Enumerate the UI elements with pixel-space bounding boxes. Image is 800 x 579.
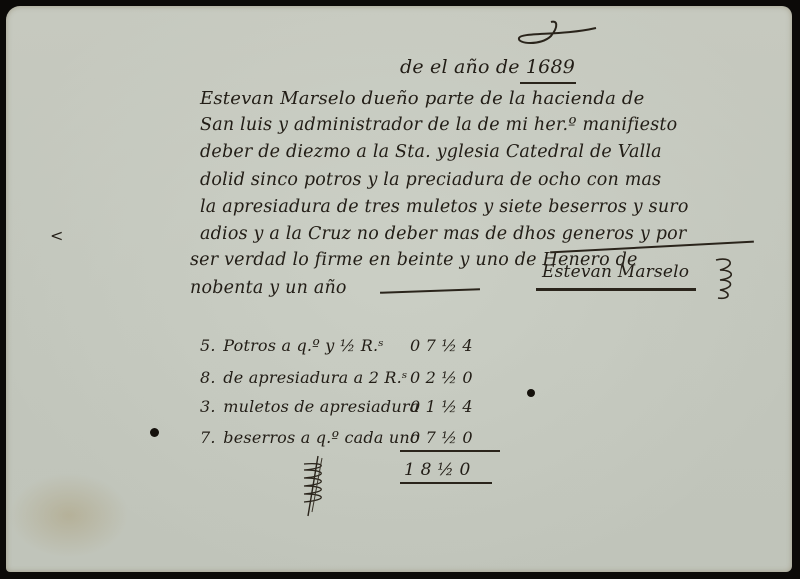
account-desc: Potros a q.º y ½ R.ˢ: [223, 336, 384, 355]
margin-mark: <: [50, 226, 64, 245]
body-line-5: la apresiadura de tres muletos y siete b…: [200, 197, 689, 217]
account-row-2: 8. de apresiadura a 2 R.ˢ 0 2 ½ 0: [200, 368, 408, 387]
account-amount: 0 7 ½ 4: [410, 336, 490, 355]
account-row-1: 5. Potros a q.º y ½ R.ˢ 0 7 ½ 4: [200, 336, 384, 355]
body-line-4: dolid sinco potros y la preciadura de oc…: [200, 170, 661, 190]
account-total: 1 8 ½ 0: [404, 460, 471, 480]
account-amount: 0 1 ½ 4: [410, 397, 490, 416]
account-row-4: 7. beserros a q.º cada uno 0 7 ½ 0: [200, 428, 420, 447]
account-desc: muletos de apresiadura: [223, 397, 419, 416]
ink-blot: [527, 389, 535, 397]
account-desc: de apresiadura a 2 R.ˢ: [223, 368, 407, 387]
signature-rubric-icon: [712, 256, 738, 302]
account-desc: beserros a q.º cada uno: [223, 428, 419, 447]
account-row-3: 3. muletos de apresiadura 0 1 ½ 4: [200, 397, 419, 416]
total-underline: [400, 482, 492, 484]
account-amount: 0 7 ½ 0: [410, 428, 490, 447]
body-line-8: nobenta y un año: [190, 278, 347, 298]
date-heading: de el año de 1689: [400, 56, 575, 78]
page-number-flourish: [511, 16, 601, 46]
sum-line: [400, 450, 500, 452]
manuscript-page: 2 de el año de 1689 Estevan Marselo dueñ…: [6, 6, 792, 572]
heading-underline: [520, 82, 576, 84]
account-qty: 3.: [200, 397, 218, 416]
closing-line: [380, 288, 480, 293]
body-line-3: deber de diezmo a la Sta. yglesia Catedr…: [200, 142, 662, 162]
account-qty: 5.: [200, 336, 218, 355]
signature-underline: [536, 288, 696, 291]
signature: Estevan Marselo: [542, 262, 689, 282]
account-qty: 8.: [200, 368, 218, 387]
body-line-2: San luis y administrador de la de mi her…: [200, 115, 677, 135]
rubric-icon: [290, 454, 340, 522]
account-amount: 0 2 ½ 0: [410, 368, 490, 387]
body-line-6: adios y a la Cruz no deber mas de dhos g…: [200, 224, 686, 244]
body-line-1: Estevan Marselo dueño parte de la hacien…: [200, 88, 645, 109]
ink-blot: [150, 428, 159, 437]
account-qty: 7.: [200, 428, 218, 447]
